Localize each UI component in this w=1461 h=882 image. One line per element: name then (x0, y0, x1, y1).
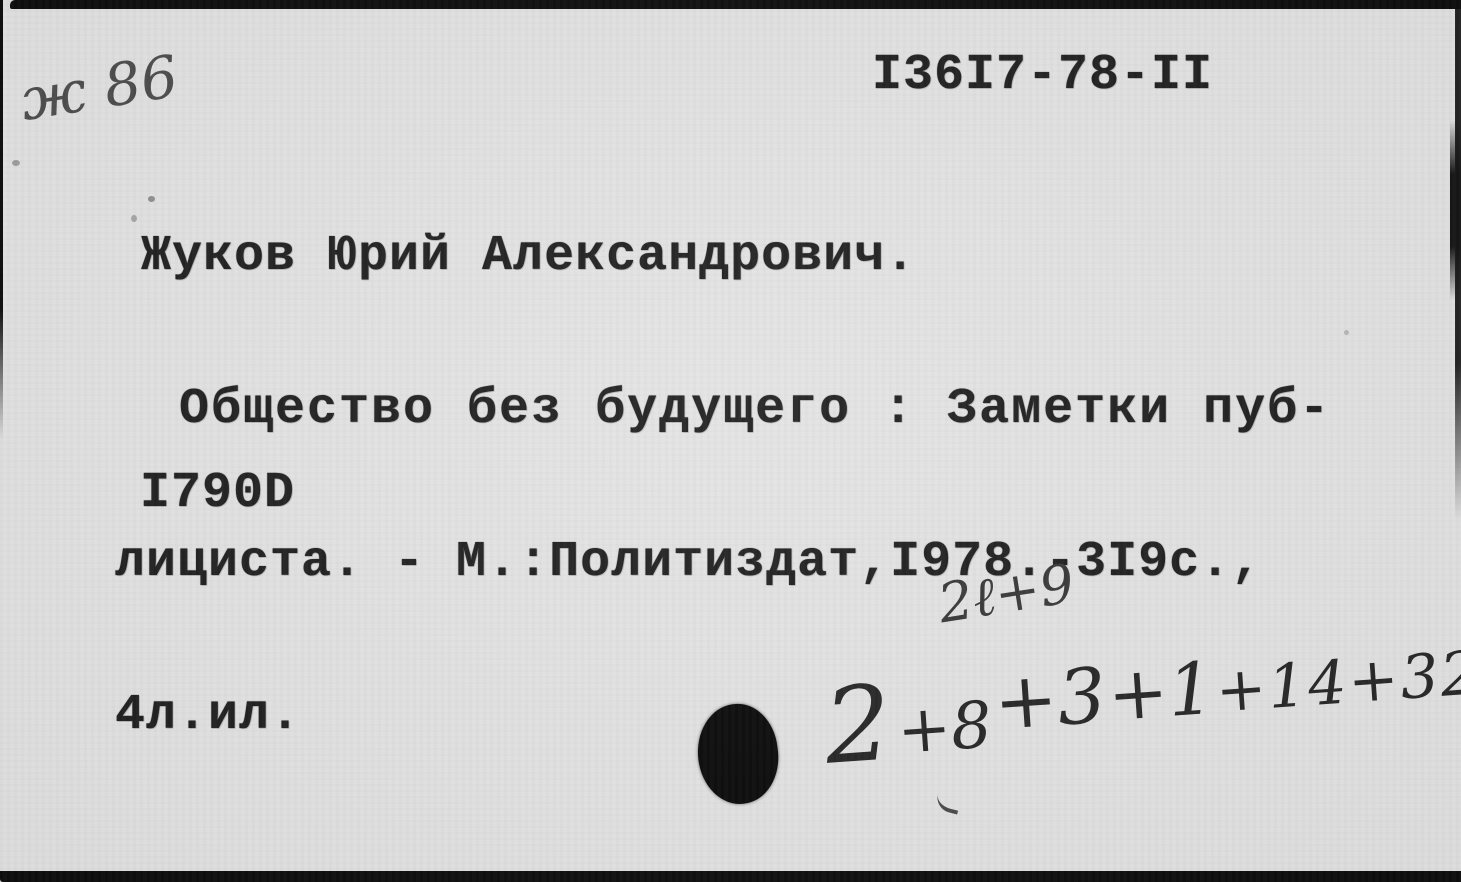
annotation-part-plus14plus32: +14+32 (1214, 643, 1461, 721)
annotation-part-plus8: +8 (895, 693, 994, 763)
annotation-part-2: 2 (821, 670, 894, 778)
card-top-edge (10, 0, 1461, 9)
shelf-mark-handwritten: ж 86 (16, 42, 183, 134)
call-number: I36I7-78-II (872, 50, 1213, 101)
scan-speck (12, 160, 20, 166)
scan-speck (1344, 330, 1349, 335)
annotation-part-plus1: +1 (1105, 652, 1216, 731)
scan-speck (131, 215, 137, 222)
catalog-card: ж 86 I36I7-78-II Жуков Юрий Александрови… (0, 0, 1461, 882)
card-left-edge (0, 0, 3, 440)
scan-speck (148, 196, 155, 202)
author-line: Жуков Юрий Александрович. (115, 231, 1331, 282)
annotation-part-plus3: +3 (991, 657, 1108, 741)
card-bottom-edge (0, 871, 1461, 882)
title-line: Общество без будущего : Заметки пуб- (115, 384, 1331, 435)
print-code: I790D (140, 468, 295, 519)
imprint-line: лициста. - М.:Политиздат,I978.-3I9с., (115, 537, 1331, 588)
card-right-edge-smudge (1450, 120, 1461, 300)
